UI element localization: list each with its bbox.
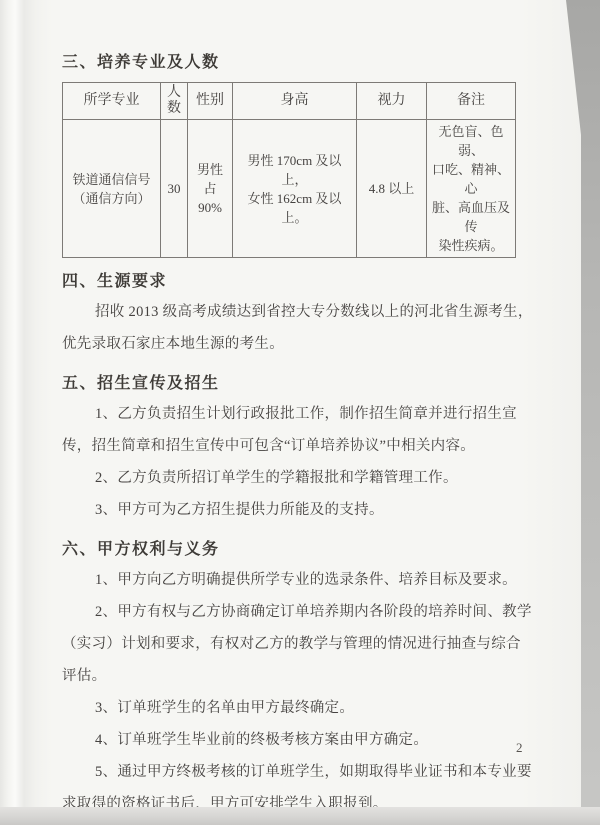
scanned-page: 三、培养专业及人数 所学专业 人数 性别 身高 视力 备注 铁道通信信号 （通信… bbox=[0, 0, 581, 807]
col-header-remarks: 备注 bbox=[427, 83, 516, 120]
section-6-paragraph-4: 4、订单班学生毕业前的终极考核方案由甲方确定。 bbox=[62, 724, 542, 756]
section-4-heading: 四、生源要求 bbox=[62, 271, 542, 292]
section-5-paragraph-2: 2、乙方负责所招订单学生的学籍报批和学籍管理工作。 bbox=[62, 462, 542, 494]
cell-height: 男性 170cm 及以上， 女性 162cm 及以上。 bbox=[233, 120, 357, 258]
cell-vision: 4.8 以上 bbox=[357, 120, 427, 258]
section-5-paragraph-3: 3、甲方可为乙方招生提供力所能及的支持。 bbox=[62, 494, 542, 526]
table-row: 铁道通信信号 （通信方向） 30 男性 占 90% 男性 170cm 及以上， … bbox=[63, 120, 516, 258]
section-5-paragraph-1: 1、乙方负责招生计划行政报批工作，制作招生简章并进行招生宣 传，招生简章和招生宣… bbox=[62, 398, 542, 462]
cell-major: 铁道通信信号 （通信方向） bbox=[63, 120, 161, 258]
page-number: 2 bbox=[516, 740, 523, 756]
col-header-height: 身高 bbox=[233, 83, 357, 120]
page-content: 三、培养专业及人数 所学专业 人数 性别 身高 视力 备注 铁道通信信号 （通信… bbox=[62, 52, 542, 820]
section-3-heading: 三、培养专业及人数 bbox=[62, 52, 542, 73]
scanner-background-strip bbox=[0, 807, 600, 825]
section-6-paragraph-3: 3、订单班学生的名单由甲方最终确定。 bbox=[62, 692, 542, 724]
majors-table: 所学专业 人数 性别 身高 视力 备注 铁道通信信号 （通信方向） 30 男性 … bbox=[62, 82, 516, 258]
table-header-row: 所学专业 人数 性别 身高 视力 备注 bbox=[63, 83, 516, 120]
section-6-paragraph-1: 1、甲方向乙方明确提供所学专业的选录条件、培养目标及要求。 bbox=[62, 564, 542, 596]
col-header-major: 所学专业 bbox=[63, 83, 161, 120]
col-header-vision: 视力 bbox=[357, 83, 427, 120]
section-5-heading: 五、招生宣传及招生 bbox=[62, 373, 542, 394]
col-header-count: 人数 bbox=[161, 83, 188, 120]
cell-remarks: 无色盲、色弱、 口吃、精神、心 脏、高血压及传 染性疾病。 bbox=[427, 120, 516, 258]
section-4-paragraph-1: 招收 2013 级高考成绩达到省控大专分数线以上的河北省生源考生， 优先录取石家… bbox=[62, 296, 542, 360]
section-6-heading: 六、甲方权利与义务 bbox=[62, 539, 542, 560]
cell-gender: 男性 占 90% bbox=[188, 120, 233, 258]
section-6-paragraph-2: 2、甲方有权与乙方协商确定订单培养期内各阶段的培养时间、教学 （实习）计划和要求… bbox=[62, 596, 542, 692]
col-header-gender: 性别 bbox=[188, 83, 233, 120]
cell-count: 30 bbox=[161, 120, 188, 258]
